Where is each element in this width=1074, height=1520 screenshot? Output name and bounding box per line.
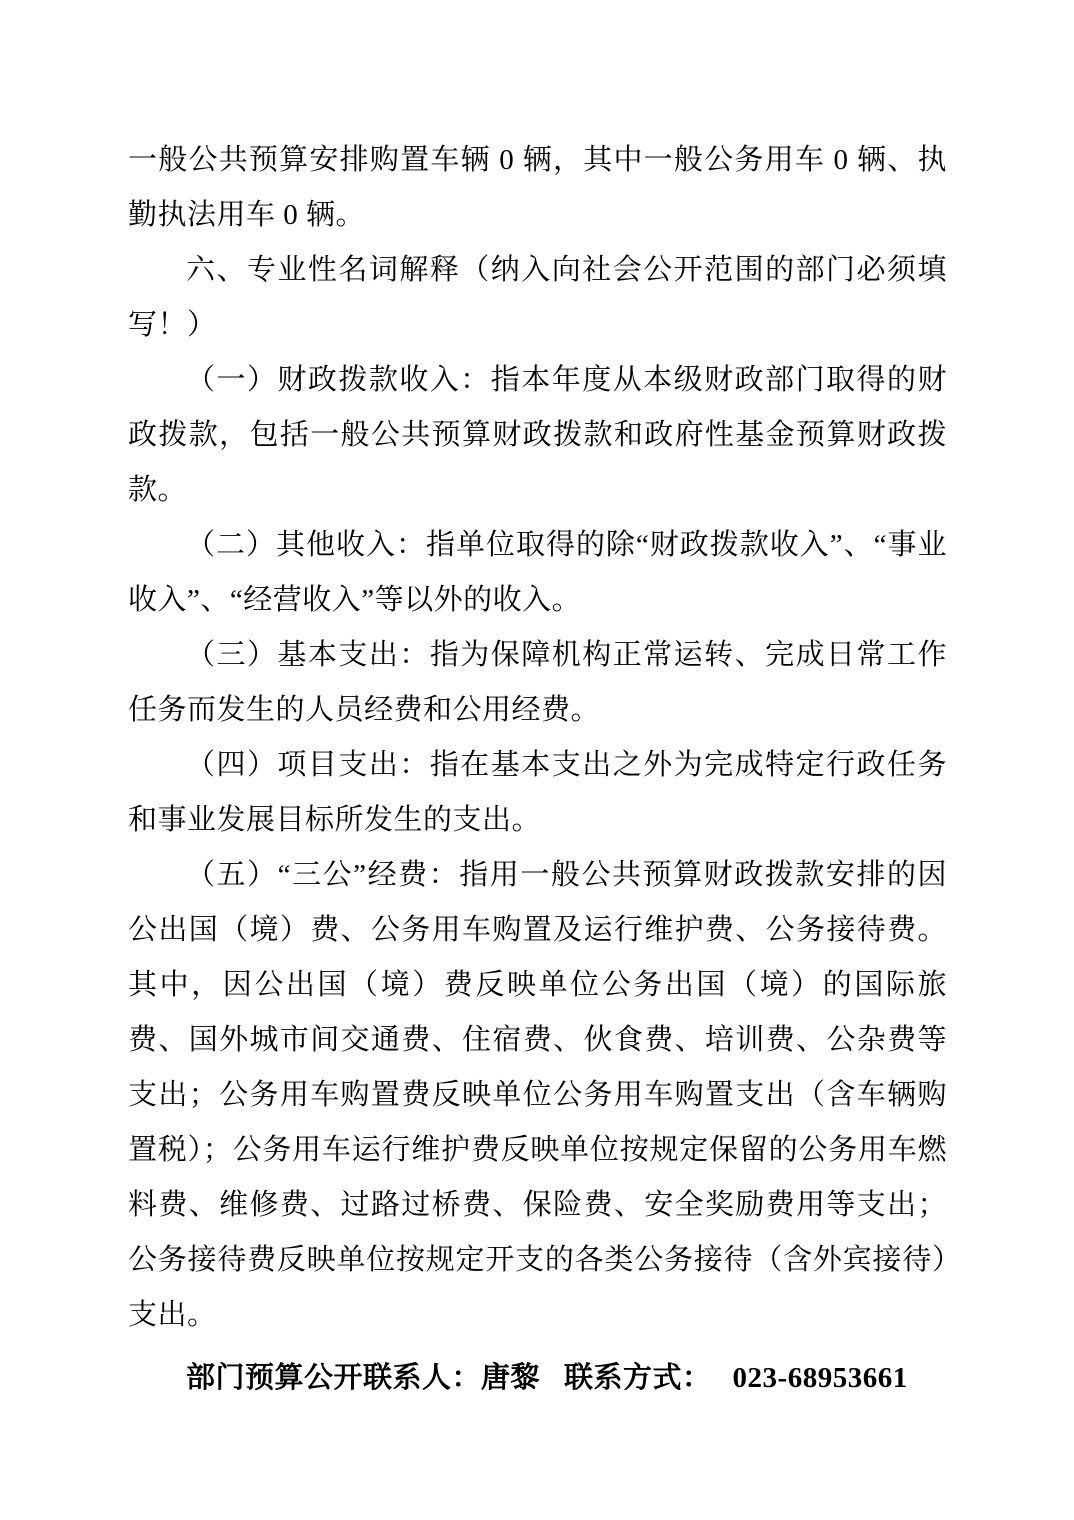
document-page: { "page": { "background_color": "#ffffff… (0, 0, 1074, 1520)
paragraph-term1-fiscal-appropriation-income: （一）财政拨款收入：指本年度从本级财政部门取得的财政拨款，包括一般公共预算财政拨… (128, 353, 947, 518)
contact-method-label: 联系方式： (564, 1362, 712, 1394)
paragraph-vehicle-purchase-continued: 一般公共预算安排购置车辆 0 辆，其中一般公务用车 0 辆、执勤执法用车 0 辆… (128, 133, 947, 243)
paragraph-section6-heading: 六、专业性名词解释（纳入向社会公开范围的部门必须填写！） (128, 243, 947, 353)
paragraph-term2-other-income: （二）其他收入：指单位取得的除“财政拨款收入”、“事业收入”、“经营收入”等以外… (128, 518, 947, 628)
paragraph-term3-basic-expenditure: （三）基本支出：指为保障机构正常运转、完成日常工作任务而发生的人员经费和公用经费… (128, 628, 947, 738)
contact-label: 部门预算公开联系人： (186, 1362, 481, 1394)
paragraph-term4-project-expenditure: （四）项目支出：指在基本支出之外为完成特定行政任务和事业发展目标所发生的支出。 (128, 738, 947, 848)
document-body: 一般公共预算安排购置车辆 0 辆，其中一般公务用车 0 辆、执勤执法用车 0 辆… (128, 133, 947, 1406)
contact-phone-number: 023-68953661 (733, 1362, 908, 1394)
contact-line: 部门预算公开联系人：唐黎联系方式：023-68953661 (128, 1351, 947, 1406)
contact-person-name: 唐黎 (481, 1362, 540, 1394)
paragraph-term5-three-public-funds: （五）“三公”经费：指用一般公共预算财政拨款安排的因公出国（境）费、公务用车购置… (128, 848, 947, 1343)
